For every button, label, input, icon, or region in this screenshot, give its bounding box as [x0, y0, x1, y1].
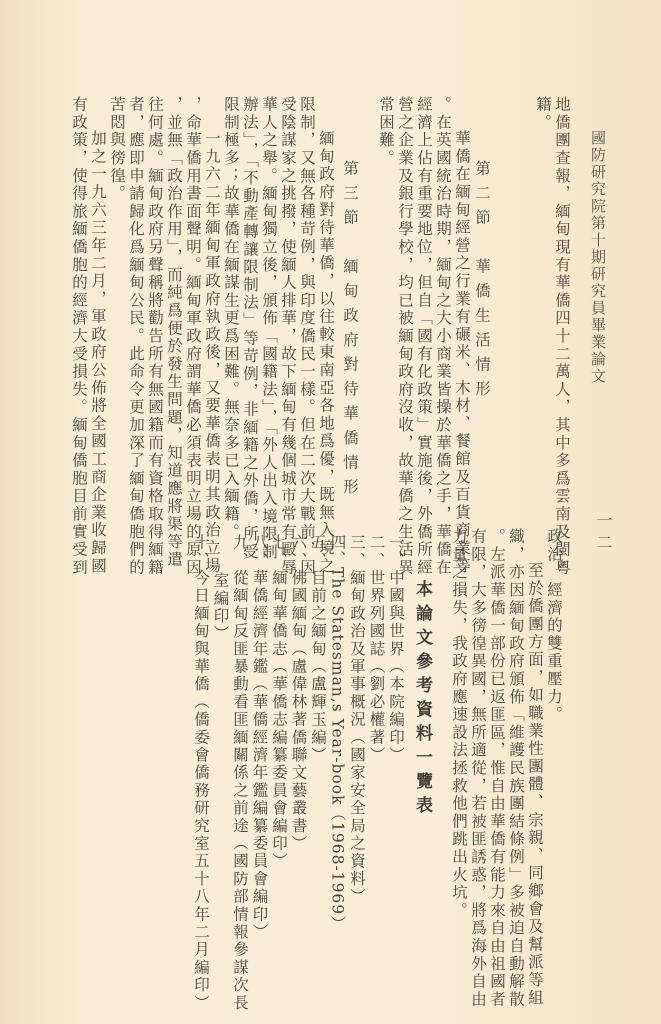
text-line: 辦法」，「不動產轉讓限制法」等苛例，非緬籍之外僑，所受: [240, 96, 259, 577]
text-line: 者，應即申請歸化爲緬甸公民。此命令更加深了緬甸僑胞們的: [126, 96, 145, 577]
continuation-body: 政治、經濟的雙重壓力。 至於僑團方面，如職業性團體、宗親、同鄉會及幫派等組 織，…: [449, 528, 563, 1009]
text-line: 。左派華僑一部份已返匪區，惟自由華僑有能力來自由祖國者: [487, 528, 506, 1009]
section-2-body: 華僑在緬甸經營之行業有碾米、木材、餐館及百貨商業等 。在英國統治時期，緬甸之大小…: [376, 96, 471, 577]
text-line: 受陰謀家之挑撥，使緬人排華，故下緬甸有幾個城市常有毆辱: [278, 96, 297, 577]
reference-item: 十、今日緬甸與華僑（僑委會僑務研究室五十八年二月編印）: [191, 534, 211, 1012]
text-line: 。在英國統治時期，緬甸之大小商業皆操於華僑之手，華僑在: [433, 96, 452, 577]
text-line: 政治、經濟的雙重壓力。: [544, 528, 563, 1009]
reference-item: 九、從緬甸反匪暴動看匪緬關係之前途（國防部情報參謀次長: [230, 534, 250, 1012]
reference-item-continuation: 室編印）: [210, 534, 230, 1012]
text-line: 常困難。: [376, 96, 395, 577]
text-line: 有政策，使得旅緬僑胞的經濟大受損失。緬甸僑胞目前實受到: [69, 96, 88, 577]
text-line: 籍。: [533, 96, 552, 577]
section-3-title: 第三節 緬甸政府對待華僑情形: [339, 160, 361, 503]
text-line: 至於僑團方面，如職業性團體、宗親、同鄉會及幫派等組: [525, 528, 544, 1009]
text-line: 力量之損失，我政府應速設法拯救他們跳出火坑。: [449, 528, 468, 1009]
text-line: 限制極多；故華僑在緬謀生更爲困難。無奈多已入緬籍。: [221, 96, 240, 577]
section-2-title: 第二節 華僑生活情形: [471, 160, 493, 405]
reference-item: 三、緬甸政治及軍事概況（國家安全局之資料）: [347, 534, 367, 1012]
references-title: 本論文參考資料一覽表: [410, 580, 435, 820]
text-line: 一九六二年緬甸軍政府執政後，又要華僑表明其政治立場: [202, 96, 221, 577]
text-line: 苦悶與徬徨。: [107, 96, 126, 577]
reference-item: 一、中國與世界（本院編印）: [386, 534, 406, 1012]
reference-item: 七、緬甸華僑志（華僑志編纂委員會編印）: [269, 534, 289, 1012]
reference-item: 五、目前之緬甸（盧輝玉編）: [308, 534, 328, 1012]
reference-item: 六、佛國緬甸（盧偉林著僑聯文藝叢書）: [288, 534, 308, 1012]
text-line: 織，亦因緬甸政府頒佈「維護民族團結條例」多被迫自動解散: [506, 528, 525, 1009]
reference-item: 二、世界列國誌（劉必權著）: [366, 534, 386, 1012]
references-list: 一、中國與世界（本院編印） 二、世界列國誌（劉必權著） 三、緬甸政治及軍事概況（…: [191, 534, 406, 1012]
text-line: 限制，又無各種苛例，與印度僑民一樣。但在二次大戰前，因: [297, 96, 316, 577]
reference-item: 八、華僑經濟年鑑（華僑經濟年鑑編纂委員會編印）: [249, 534, 269, 1012]
text-line: 地僑團查報，緬甸現有華僑四十二萬人，其中多爲雲南及閩粵: [552, 96, 571, 577]
running-header: 國防研究院第十期研究員畢業論文: [588, 130, 609, 385]
text-line: ，命華僑用書面聲明。緬甸軍政府謂華僑必須表明立場的原因: [183, 96, 202, 577]
text-line: 營之企業及銀行學校，均已被緬甸政府沒收，故華僑之生活異: [395, 96, 414, 577]
text-line: 緬甸政府對待華僑，以往較東南亞各地爲優，既無入境之: [316, 96, 335, 577]
intro-paragraph: 地僑團查報，緬甸現有華僑四十二萬人，其中多爲雲南及閩粵 籍。: [533, 96, 571, 577]
page-number: 一二: [592, 512, 615, 556]
text-line: 加之一九六三年二月，軍政府公佈將全國工商企業收歸國: [88, 96, 107, 577]
text-line: ，並無「政治作用」，而純爲便於發生問題，知道應將渠等遣: [164, 96, 183, 577]
document-page: 國防研究院第十期研究員畢業論文 一二 地僑團查報，緬甸現有華僑四十二萬人，其中多…: [0, 0, 661, 1024]
text-line: 有限，大多徬徨異國，無所適從，若被匪誘惑，將爲海外自由: [468, 528, 487, 1009]
text-line: 經濟上佔有重要地位，但自「國有化政策」實施後，外僑所經: [414, 96, 433, 577]
section-3-body: 緬甸政府對待華僑，以往較東南亞各地爲優，既無入境之 限制，又無各種苛例，與印度僑…: [69, 96, 335, 577]
text-line: 華僑在緬甸經營之行業有碾米、木材、餐館及百貨商業等: [452, 96, 471, 577]
text-line: 往何處。緬甸政府另聲稱將勸告所有無國籍而有資格取得緬籍: [145, 96, 164, 577]
reference-item: 四、The Statesman,s Year-book（1968-1969）: [327, 534, 347, 1012]
text-line: 華人之舉。緬甸獨立後，頒佈「國籍法」，「外人出入境限制: [259, 96, 278, 577]
